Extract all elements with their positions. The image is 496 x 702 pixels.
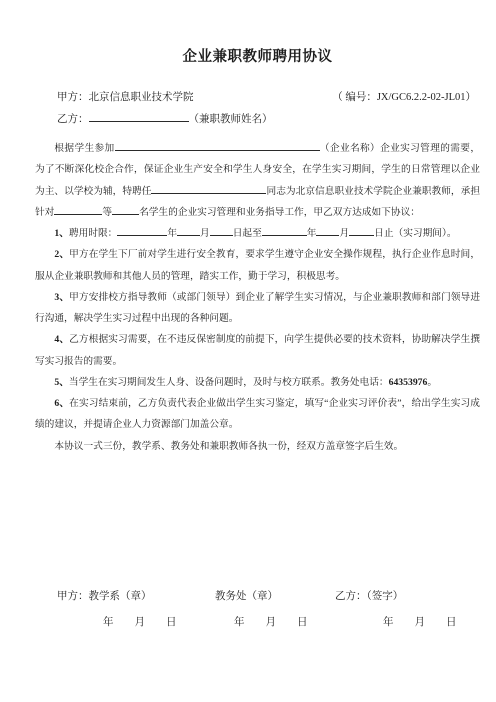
intro-paragraph: 根据学生参加（企业名称）企业实习管理的需要，为了不断深化校企合作，保证企业生产安… bbox=[35, 138, 480, 223]
text-run: 当学生在实习期间发生人身、设备问题时，及时与校方联系。教务处电话： bbox=[69, 377, 389, 388]
text-run: 。 bbox=[427, 377, 437, 388]
text-run: 日起至 bbox=[233, 228, 262, 239]
text-run: 5、 bbox=[54, 377, 69, 388]
text-run: 本协议一式三份，教学系、教务处和兼职教师各执一份，经双方盖章签字后生效。 bbox=[54, 441, 403, 452]
text-run: 1、 bbox=[54, 228, 69, 239]
text-run: 64353976 bbox=[389, 377, 428, 388]
text-run: 聘用时限： bbox=[69, 228, 117, 239]
document-page: 企业兼职教师聘用协议 甲方：北京信息职业技术学院 （ 编号：JX/GC6.2.2… bbox=[0, 0, 496, 702]
blank-underline bbox=[349, 225, 374, 236]
text-run: 年 bbox=[167, 228, 177, 239]
parties-header: 甲方：北京信息职业技术学院 （ 编号：JX/GC6.2.2-02-JL01） 乙… bbox=[35, 87, 480, 131]
clause-4: 4、乙方根据实习需要，在不违反保密制度的前提下，向学生提供必要的技术资料，协助解… bbox=[35, 329, 480, 372]
signature-section: 甲方：教学系（章） 教务处（章） 乙方：（签字） 年 月 日 年 月 日 年 月… bbox=[35, 590, 480, 650]
text-run: 名学生的企业实习管理和业务指导工作，甲乙双方达成如下协议： bbox=[139, 207, 420, 218]
signature-date-party-a: 年 月 日 bbox=[103, 616, 177, 630]
party-a-row: 甲方：北京信息职业技术学院 （ 编号：JX/GC6.2.2-02-JL01） bbox=[35, 87, 480, 109]
text-run: 在实习结束前，乙方负责代表企业做出学生实习鉴定，填写“企业实习评价表”，给出学生… bbox=[35, 398, 480, 430]
blank-underline bbox=[177, 225, 200, 236]
text-run: 6、 bbox=[54, 398, 69, 409]
blank-underline bbox=[151, 183, 266, 194]
text-run: 乙方根据实习需要，在不违反保密制度的前提下，向学生提供必要的技术资料，协助解决学… bbox=[35, 334, 480, 366]
signature-party-a: 甲方：教学系（章） bbox=[57, 590, 152, 604]
agreement-body: 根据学生参加（企业名称）企业实习管理的需要，为了不断深化校企合作，保证企业生产安… bbox=[35, 138, 480, 457]
clause-6: 6、在实习结束前，乙方负责代表企业做出学生实习鉴定，填写“企业实习评价表”，给出… bbox=[35, 393, 480, 436]
text-run: 年 bbox=[307, 228, 317, 239]
closing-paragraph: 本协议一式三份，教学系、教务处和兼职教师各执一份，经双方盖章签字后生效。 bbox=[35, 436, 480, 457]
clause-1: 1、聘用时限：年月日起至年月日止（实习期间）。 bbox=[35, 223, 480, 244]
signature-academic-affairs: 教务处（章） bbox=[215, 590, 278, 604]
party-b-row: 乙方： （兼职教师姓名） bbox=[35, 109, 480, 131]
party-a-line: 甲方：北京信息职业技术学院 bbox=[57, 87, 194, 109]
party-b-note: （兼职教师姓名） bbox=[189, 109, 273, 131]
doc-number: （ 编号：JX/GC6.2.2-02-JL01） bbox=[332, 87, 476, 109]
blank-underline bbox=[210, 225, 233, 236]
signature-party-b: 乙方：（签字） bbox=[335, 590, 403, 604]
text-run: 月 bbox=[200, 228, 210, 239]
clause-2: 2、甲方在学生下厂前对学生进行安全教育，要求学生遵守企业安全操作规程，执行企业作… bbox=[35, 244, 480, 287]
text-run: 甲方在学生下厂前对学生进行安全教育，要求学生遵守企业安全操作规程，执行企业作息时… bbox=[35, 249, 480, 281]
text-run: 4、 bbox=[54, 334, 69, 345]
clause-5: 5、当学生在实习期间发生人身、设备问题时，及时与校方联系。教务处电话：64353… bbox=[35, 372, 480, 393]
text-run: 根据学生参加 bbox=[54, 143, 114, 154]
blank-underline bbox=[112, 204, 139, 215]
text-run: 月 bbox=[339, 228, 349, 239]
blank-underline bbox=[262, 225, 307, 236]
text-run: 日止（实习期间）。 bbox=[374, 228, 456, 239]
clause-3: 3、甲方安排校方指导教师（或部门领导）到企业了解学生实习情况，与企业兼职教师和部… bbox=[35, 287, 480, 330]
signature-date-academic-affairs: 年 月 日 bbox=[234, 616, 308, 630]
blank-underline bbox=[115, 140, 320, 151]
text-run: 3、 bbox=[54, 292, 69, 303]
blank-underline bbox=[117, 225, 167, 236]
party-b-label: 乙方： bbox=[57, 109, 89, 131]
party-b-name-blank bbox=[89, 111, 189, 122]
signature-date-party-b: 年 月 日 bbox=[383, 616, 457, 630]
blank-underline bbox=[316, 225, 339, 236]
blank-underline bbox=[54, 204, 102, 215]
text-run: 甲方安排校方指导教师（或部门领导）到企业了解学生实习情况，与企业兼职教师和部门领… bbox=[35, 292, 480, 324]
text-run: 等 bbox=[102, 207, 112, 218]
document-title: 企业兼职教师聘用协议 bbox=[35, 46, 480, 68]
text-run: 2、 bbox=[54, 249, 69, 260]
